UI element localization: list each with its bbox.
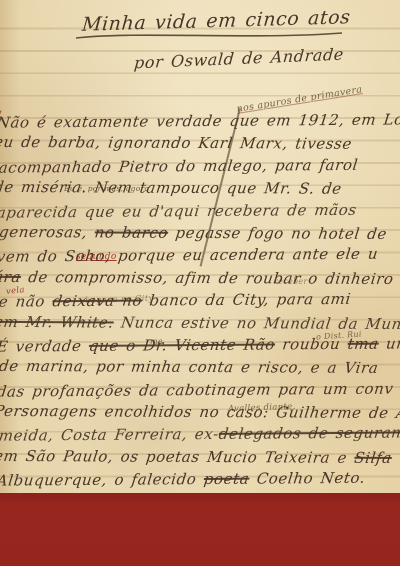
struck-text-segment: que o Dr. Vicente Rão [88,335,276,354]
manuscript-line: aparecida que eu d'aqui recebera de mãos [0,198,400,224]
struck-text-segment: ára [0,268,22,286]
text-segment: eu de barba, ignorando Karl Marx, tivess… [0,133,353,153]
text-segment: acompanhado Pietro do malego, para farol [0,156,359,177]
manuscript-scan: Minha vida em cinco atos por Oswald de A… [0,0,400,566]
manuscript-line: das profanações da cabotinagem para um c… [0,377,400,403]
text-segment: Coelho Neto. [248,469,366,488]
manuscript-line: ára de compromisso, afim de roubar o din… [0,266,400,291]
text-segment: banco da City, para ami [141,290,352,310]
text-segment: generosas, [0,223,96,242]
text-segment: pegasse fogo no hotel de [167,224,388,243]
manuscript-byline: por Oswald de Andrade [133,45,344,73]
text-segment: vem do Soho, porque eu acendera ante ele… [0,245,379,266]
text-segment: Nunca estive no Mundial da Municipal [113,313,400,333]
text-segment: aparecida que eu d'aqui recebera de mãos [0,200,358,221]
title-underline [74,28,346,44]
text-segment: uma [378,334,400,352]
struck-text-segment: tma [347,335,380,353]
manuscript-line: Personagens encolhidos no caso: Guilherm… [0,400,400,425]
manuscript-line: em São Paulo, os poetas Mucio Teixeira e… [0,445,400,470]
text-segment: e não [0,292,54,310]
manuscript-line: Albuquerque, o falecido poeta Coelho Net… [0,467,400,493]
manuscript-line: meida, Costa Ferreira, ex-delegados de s… [0,422,400,448]
struck-text-segment: delegados de seguran [218,424,400,443]
struck-text-segment: no barco [94,223,170,241]
text-segment: roubou [274,335,349,354]
text-segment: meida, Costa Ferreira, ex- [0,425,220,445]
manuscript-line: eu de barba, ignorando Karl Marx, tivess… [0,131,400,156]
text-segment: das profanações da cabotinagem para um c… [0,379,395,400]
bottom-red-band [0,493,400,566]
text-segment: Albuquerque, o falecido [0,470,205,490]
struck-text-segment: deixava no [51,292,143,311]
manuscript-line: em Mr. White. Nunca estive no Mundial da… [0,310,400,335]
manuscript-line: de marina, por minha conta e risco, e a … [0,355,400,380]
manuscript-line: de miséria. Nem tampouco que Mr. S. de [0,176,400,201]
struck-text-segment: Silfa [353,449,393,467]
text-segment: Não é exatamente verdade que em 1912, em… [0,110,400,131]
manuscript-body: Não é exatamente verdade que em 1912, em… [0,110,400,491]
manuscript-line: generosas, no barco pegasse fogo no hote… [0,221,400,246]
manuscript-line: É verdade que o Dr. Vicente Rão roubou t… [0,332,400,358]
struck-text-segment: em Mr. White. [0,312,115,331]
paper-page: Minha vida em cinco atos por Oswald de A… [0,0,400,493]
manuscript-line: e não deixava no banco da City, para ami [0,287,400,313]
struck-text-segment: poeta [203,470,251,488]
text-segment: Personagens encolhidos no caso: Guilherm… [0,402,400,422]
text-segment: em São Paulo, os poetas Mucio Teixeira e [0,447,356,467]
text-segment: de marina, por minha conta e risco, e a … [0,357,380,377]
text-segment: É verdade [0,337,90,356]
text-segment: de compromisso, afim de roubar o dinheir… [20,268,395,288]
text-segment: de miséria. Nem tampouco que Mr. S. de [0,178,343,198]
manuscript-line: acompanhado Pietro do malego, para farol [0,153,400,179]
manuscript-line: Não é exatamente verdade que em 1912, em… [0,108,400,134]
